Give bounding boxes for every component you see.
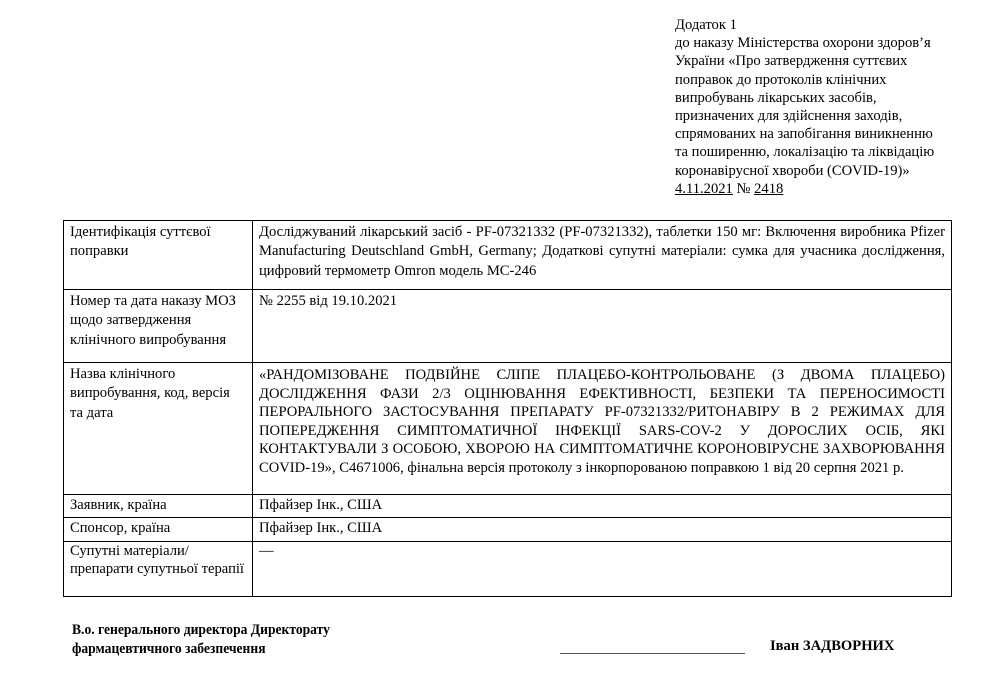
appendix-line: та поширенню, локалізацію та ліквідацію bbox=[675, 143, 975, 161]
row-label-applicant: Заявник, країна bbox=[64, 495, 253, 518]
signatory-position-line: фармацевтичного забезпечення bbox=[72, 640, 330, 659]
appendix-line: коронавірусної хвороби (COVID-19)» bbox=[675, 162, 975, 180]
table-row: Номер та дата наказу МОЗ щодо затверджен… bbox=[64, 290, 952, 363]
appendix-line: призначених для здійснення заходів, bbox=[675, 107, 975, 125]
order-date: 4.11.2021 bbox=[675, 181, 733, 197]
table-row: Спонсор, країна Пфайзер Інк., США bbox=[64, 518, 952, 542]
order-number-sign: № bbox=[737, 181, 751, 197]
row-value-sponsor: Пфайзер Інк., США bbox=[253, 518, 952, 542]
order-reference: 4.11.2021 № 2418 bbox=[675, 180, 975, 198]
signatory-position: В.о. генерального директора Директорату … bbox=[72, 621, 330, 659]
appendix-line: спрямованих на запобігання виникненню bbox=[675, 125, 975, 143]
table-row: Назва клінічного випробування, код, верс… bbox=[64, 363, 952, 495]
table-row: Ідентифікація суттєвої поправки Досліджу… bbox=[64, 221, 952, 290]
appendix-line: поправок до протоколів клінічних bbox=[675, 71, 975, 89]
table-row: Заявник, країна Пфайзер Інк., США bbox=[64, 495, 952, 518]
appendix-title: Додаток 1 bbox=[675, 16, 975, 34]
row-value-applicant: Пфайзер Інк., США bbox=[253, 495, 952, 518]
row-value-concomitant-materials: — bbox=[253, 542, 952, 597]
appendix-line: випробувань лікарських засобів, bbox=[675, 89, 975, 107]
row-label-moh-order: Номер та дата наказу МОЗ щодо затверджен… bbox=[64, 290, 253, 363]
appendix-line: до наказу Міністерства охорони здоров’я bbox=[675, 34, 975, 52]
row-value-trial-title: «РАНДОМІЗОВАНЕ ПОДВІЙНЕ СЛІПЕ ПЛАЦЕБО-КО… bbox=[253, 363, 952, 495]
signature-line bbox=[560, 653, 745, 654]
row-label-amendment-identification: Ідентифікація суттєвої поправки bbox=[64, 221, 253, 290]
row-label-sponsor: Спонсор, країна bbox=[64, 518, 253, 542]
appendix-line: України «Про затвердження суттєвих bbox=[675, 52, 975, 70]
order-number: 2418 bbox=[754, 181, 783, 197]
table-row: Супутні матеріали/препарати супутньої те… bbox=[64, 542, 952, 597]
appendix-header: Додаток 1 до наказу Міністерства охорони… bbox=[675, 16, 975, 198]
row-label-concomitant-materials: Супутні матеріали/препарати супутньої те… bbox=[64, 542, 253, 597]
row-label-trial-title: Назва клінічного випробування, код, верс… bbox=[64, 363, 253, 495]
signatory-position-line: В.о. генерального директора Директорату bbox=[72, 621, 330, 640]
row-value-moh-order: № 2255 від 19.10.2021 bbox=[253, 290, 952, 363]
signatory-name: Іван ЗАДВОРНИХ bbox=[770, 637, 894, 656]
row-value-amendment-identification: Досліджуваний лікарський засіб - PF-0732… bbox=[253, 221, 952, 290]
amendment-table: Ідентифікація суттєвої поправки Досліджу… bbox=[63, 220, 952, 597]
